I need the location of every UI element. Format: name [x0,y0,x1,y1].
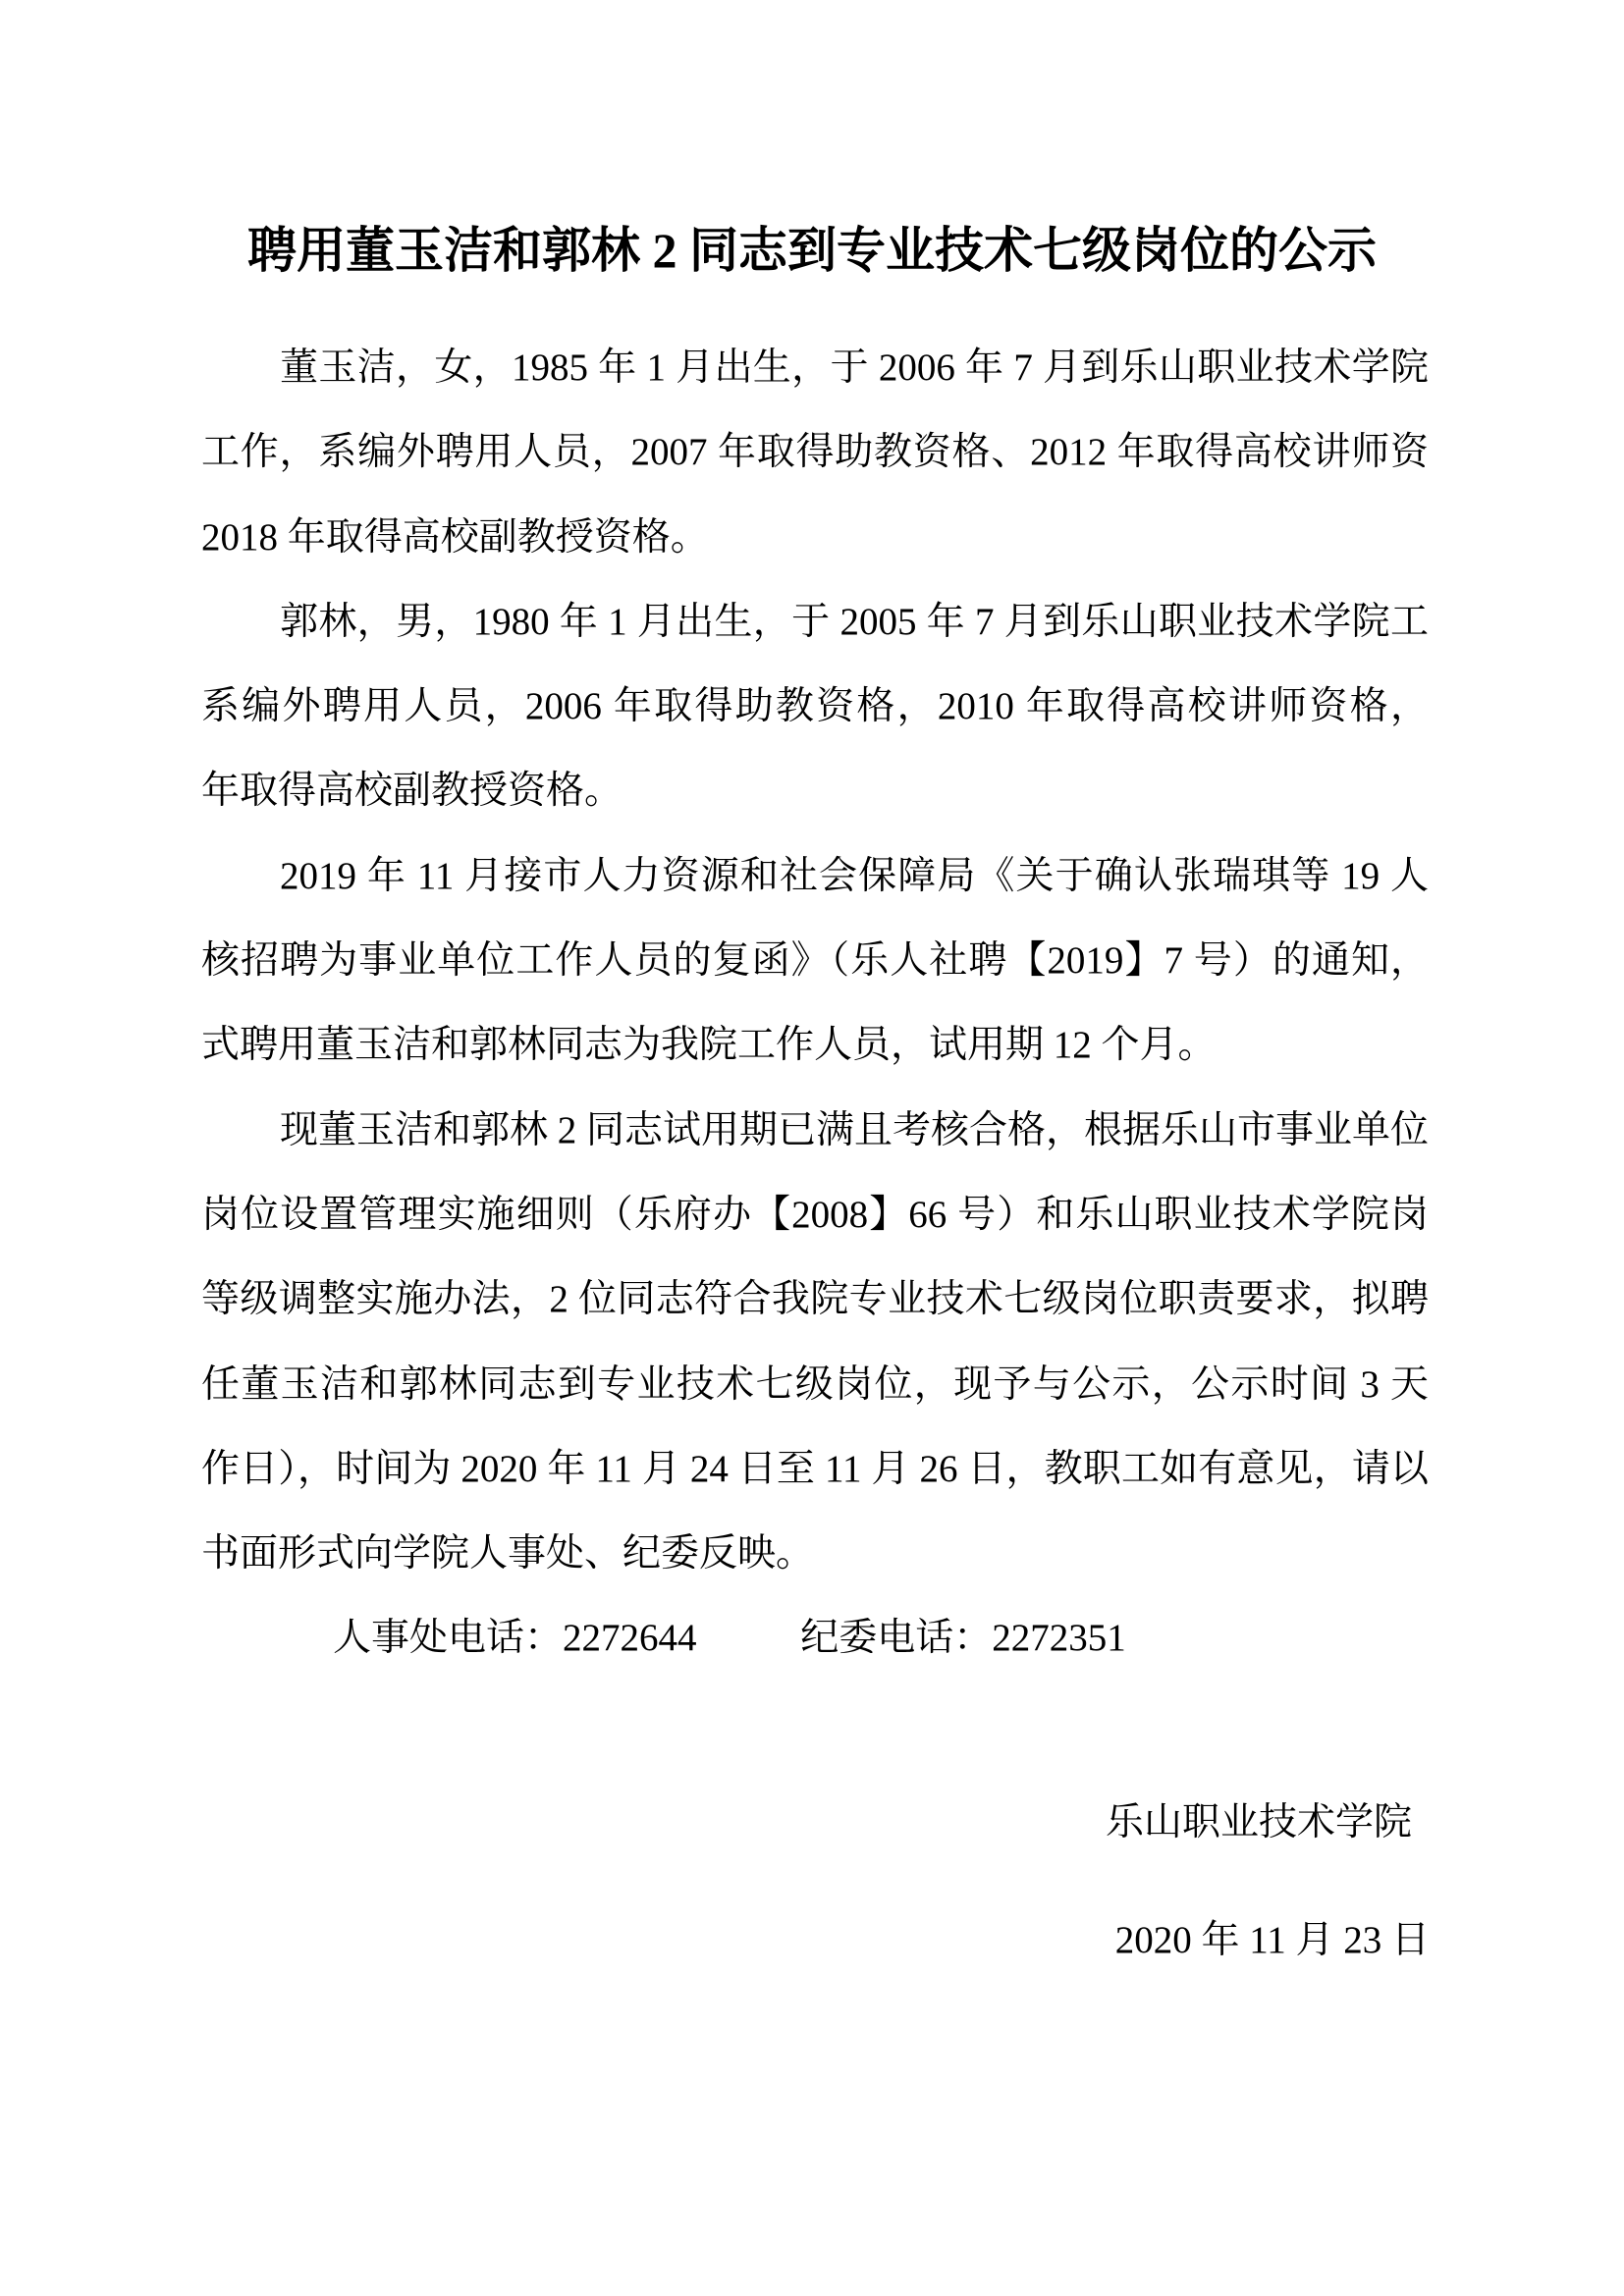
notice-page: 聘用董玉洁和郭林 2 同志到专业技术七级岗位的公示 董玉洁，女，1985 年 1… [0,0,1624,2296]
discipline-committee-phone: 纪委电话：2272351 [800,1617,1126,1659]
signature-organization: 乐山职业技术学院 [0,1781,1624,1865]
body-line: 系编外聘用人员，2006 年取得助教资格，2010 年取得高校讲师资格，2019 [201,665,1429,749]
body-line: 书面形式向学院人事处、纪委反映。 [201,1512,1429,1596]
body-line: 任董玉洁和郭林同志到专业技术七级岗位，现予与公示，公示时间 3 天（工 [201,1343,1429,1427]
body-line: 岗位设置管理实施细则（乐府办【2008】66 号）和乐山职业技术学院岗位 [201,1173,1429,1257]
body-line: 等级调整实施办法，2 位同志符合我院专业技术七级岗位职责要求，拟聘 [201,1257,1429,1342]
body-line: 年取得高校副教授资格。 [201,749,1429,833]
body-line: 作日），时间为 2020 年 11 月 24 日至 11 月 26 日，教职工如… [201,1427,1429,1512]
hr-phone: 人事处电话：2272644 [333,1617,697,1659]
body-line: 郭林，男，1980 年 1 月出生，于 2005 年 7 月到乐山职业技术学院工… [201,580,1429,665]
body-line: 2018 年取得高校副教授资格。 [201,496,1429,580]
notice-body: 董玉洁，女，1985 年 1 月出生，于 2006 年 7 月到乐山职业技术学院… [201,326,1429,1682]
body-line: 现董玉洁和郭林 2 同志试用期已满且考核合格，根据乐山市事业单位 [201,1089,1429,1173]
body-line: 董玉洁，女，1985 年 1 月出生，于 2006 年 7 月到乐山职业技术学院 [201,326,1429,410]
contact-phones: 人事处电话：2272644 纪委电话：2272351 [201,1596,1429,1681]
body-line: 工作，系编外聘用人员，2007 年取得助教资格、2012 年取得高校讲师资格， [201,410,1429,495]
body-line: 式聘用董玉洁和郭林同志为我院工作人员，试用期 12 个月。 [201,1003,1429,1088]
body-line: 核招聘为事业单位工作人员的复函》（乐人社聘【2019】7 号）的通知，正 [201,919,1429,1003]
page-title: 聘用董玉洁和郭林 2 同志到专业技术七级岗位的公示 [0,201,1624,299]
signature-date: 2020 年 11 月 23 日 [0,1898,1624,1983]
body-line: 2019 年 11 月接市人力资源和社会保障局《关于确认张瑞琪等 19 人考 [201,834,1429,919]
